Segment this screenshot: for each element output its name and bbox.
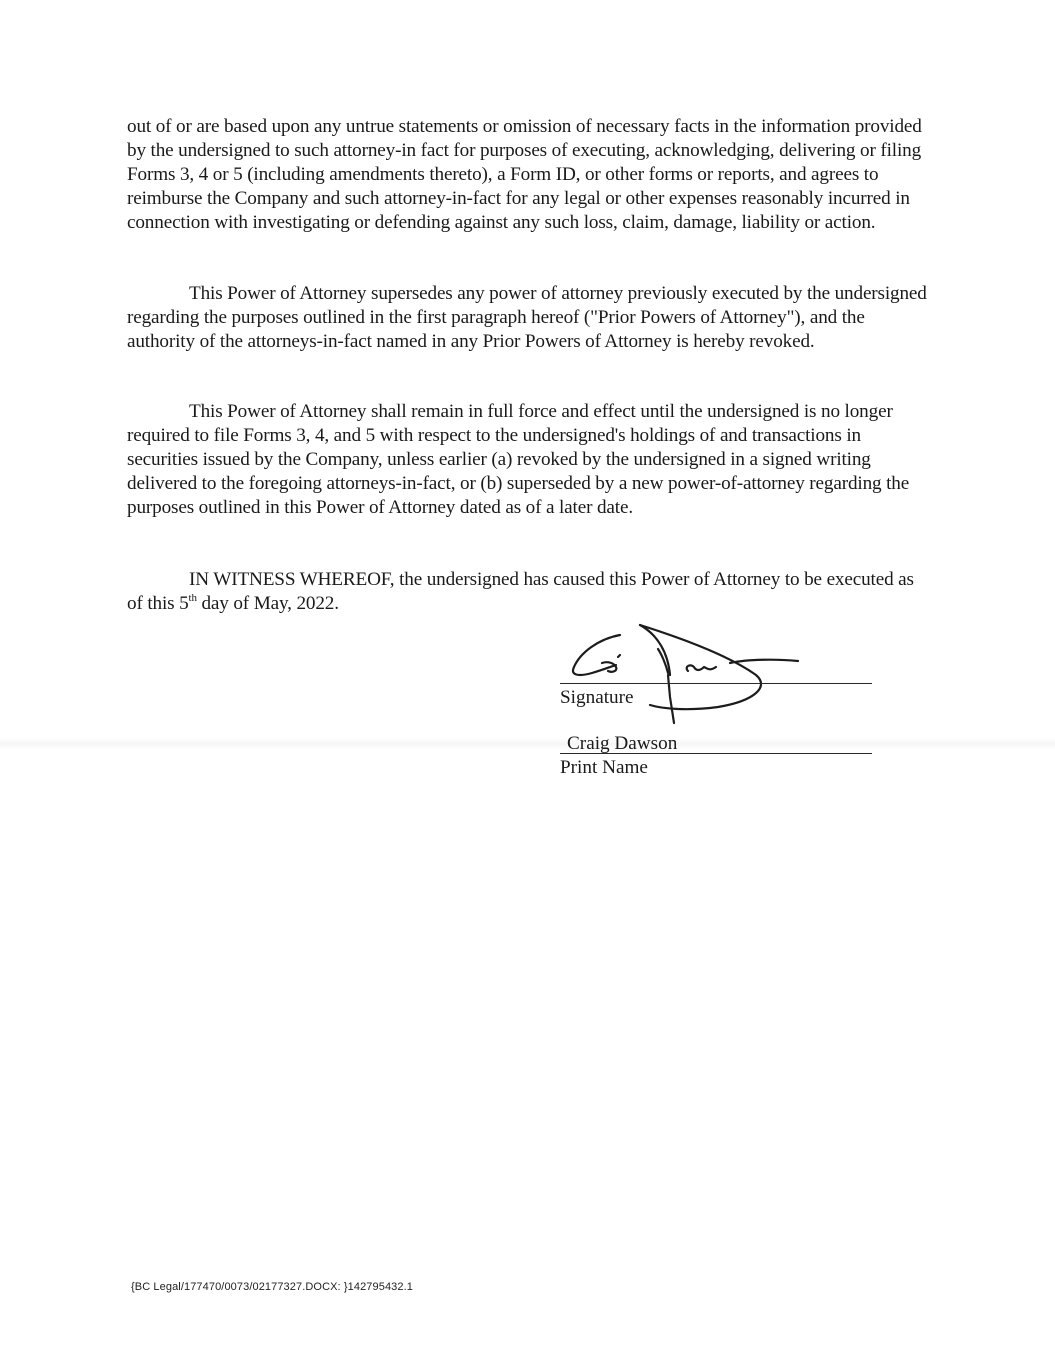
- print-name-value: Craig Dawson: [567, 733, 677, 755]
- paragraph-duration: This Power of Attorney shall remain in f…: [127, 400, 927, 520]
- paragraph-indemnification: out of or are based upon any untrue stat…: [127, 115, 927, 235]
- paragraph-text: This Power of Attorney supersedes any po…: [127, 283, 927, 352]
- witness-date-text: day of May, 2022.: [197, 593, 339, 614]
- scan-artifact: [0, 738, 1055, 750]
- paragraph-text: out of or are based upon any untrue stat…: [127, 116, 922, 233]
- signature-block: Signature Craig Dawson Print Name: [558, 615, 878, 785]
- handwritten-signature-icon: [558, 615, 878, 735]
- day-ordinal-suffix: th: [189, 592, 197, 604]
- paragraph-text: This Power of Attorney shall remain in f…: [127, 401, 909, 518]
- paragraph-supersedes: This Power of Attorney supersedes any po…: [127, 282, 927, 354]
- document-reference-footer: {BC Legal/177470/0073/02177327.DOCX: }14…: [131, 1281, 413, 1293]
- signature-caption: Signature: [560, 687, 634, 709]
- print-name-line: [560, 753, 872, 754]
- paragraph-witness: IN WITNESS WHEREOF, the undersigned has …: [127, 568, 927, 616]
- document-page: out of or are based upon any untrue stat…: [0, 0, 1055, 1365]
- signature-line: [560, 683, 872, 684]
- print-name-caption: Print Name: [560, 757, 648, 779]
